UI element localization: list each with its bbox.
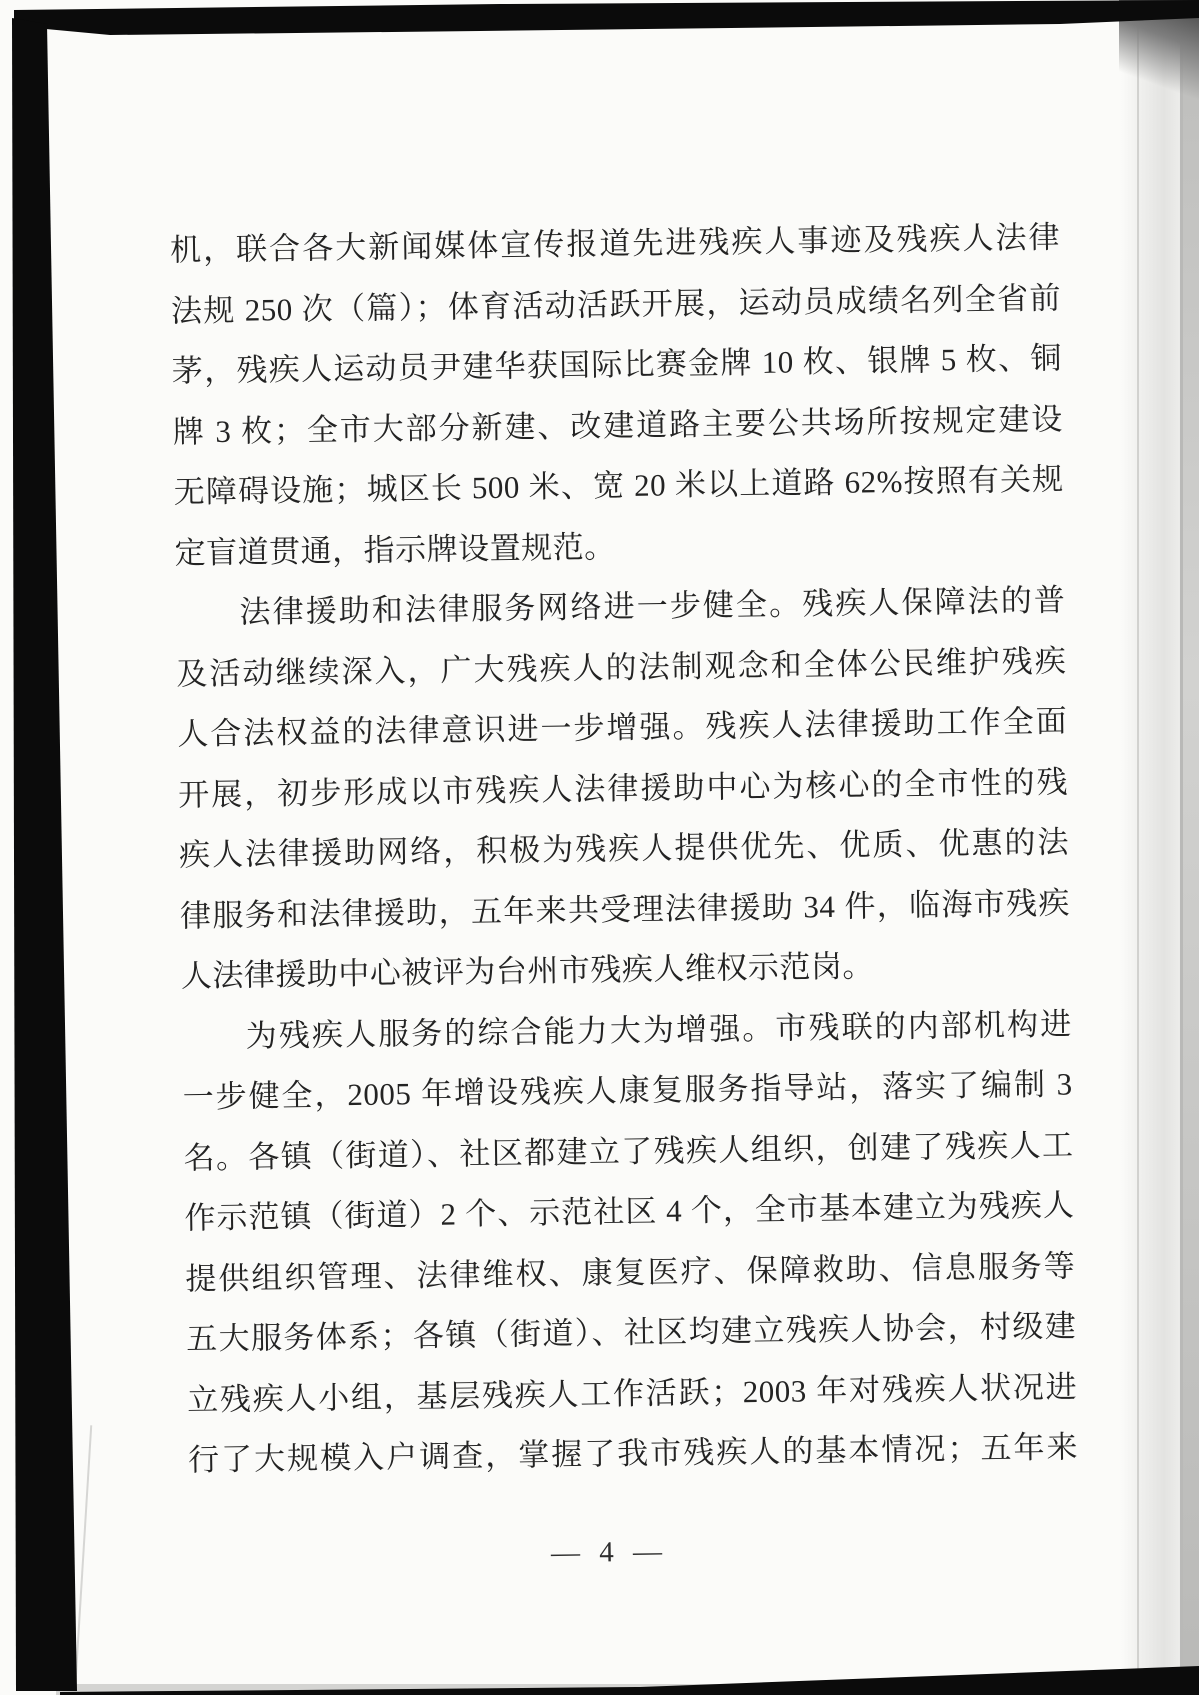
underlying-page-edge-line (74, 1425, 92, 1695)
text-line: 行了大规模入户调查，掌握了我市残疾人的基本情况；五年来 (188, 1417, 1079, 1491)
scanned-document-page: 机，联合各大新闻媒体宣传报道先进残疾人事迹及残疾人法律 法规 250 次（篇）；… (0, 0, 1199, 1695)
document-text-block: 机，联合各大新闻媒体宣传报道先进残疾人事迹及残疾人法律 法规 250 次（篇）；… (170, 207, 1079, 1491)
adjacent-page-edge (1183, 0, 1199, 1695)
page-crease-line (1137, 0, 1139, 1695)
page-number: — 4 — (164, 1530, 1054, 1576)
